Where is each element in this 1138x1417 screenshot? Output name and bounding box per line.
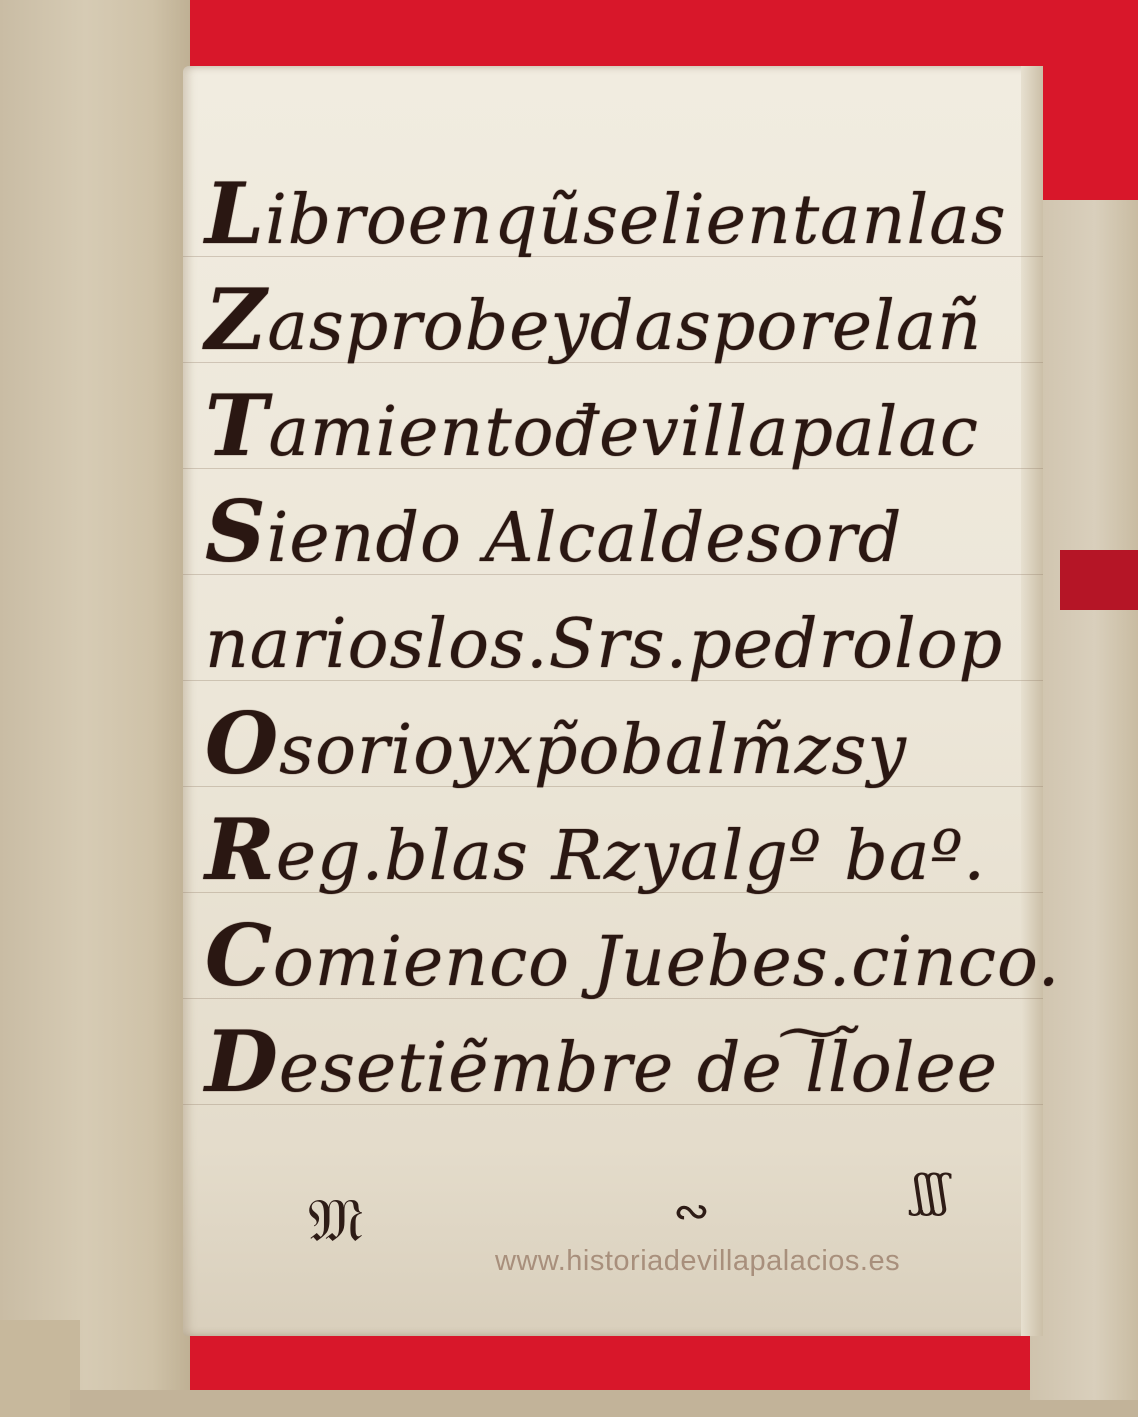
line-text: omienco Juebes.cinco. xyxy=(273,923,1061,1002)
manuscript-line: Tamientođevillapalac xyxy=(205,373,1025,479)
initial-capital: D xyxy=(205,1012,279,1111)
line-text: iendo Alcaldesord xyxy=(267,499,903,578)
initial-capital: T xyxy=(205,376,269,475)
manuscript-page: Libroenqũselientanlas Zasprobeydasporela… xyxy=(183,66,1043,1336)
left-page-verso xyxy=(0,0,190,1417)
initial-capital: C xyxy=(205,906,273,1005)
manuscript-line: Zasprobeydasporelañ xyxy=(205,267,1025,373)
rubric-flourish-icon: ∾ xyxy=(673,1186,710,1237)
torn-hole xyxy=(1060,550,1138,610)
rubric-flourish-icon: 𝔐 xyxy=(308,1186,363,1256)
line-text: narioslos.Srs.pedrolop xyxy=(205,605,1003,684)
watermark-text: www.historiadevillapalacios.es xyxy=(495,1245,900,1278)
manuscript-line: Siendo Alcaldesord xyxy=(205,479,1025,585)
line-text: eg.blas Rzyalgº baº. xyxy=(276,817,986,896)
initial-capital: Z xyxy=(205,270,267,369)
manuscript-line: Reg.blas Rzyalgº baº. xyxy=(205,797,1025,903)
line-text: esetiẽmbre de ͠ll̃olee xyxy=(279,1029,998,1108)
initial-capital: R xyxy=(205,800,276,899)
line-text: asprobeydasporelañ xyxy=(267,287,982,366)
rubric-flourish-icon: ʃʃʃ xyxy=(913,1166,949,1217)
initial-capital: S xyxy=(205,482,267,581)
initial-capital: L xyxy=(205,164,265,263)
initial-capital: O xyxy=(205,694,279,793)
left-page-edge xyxy=(0,1320,80,1417)
manuscript-line: Libroenqũselientanlas xyxy=(205,161,1025,267)
manuscript-line: narioslos.Srs.pedrolop xyxy=(205,585,1025,691)
manuscript-text: Libroenqũselientanlas Zasprobeydasporela… xyxy=(205,161,1025,1115)
line-text: ibroenqũselientanlas xyxy=(265,181,1007,260)
line-text: sorioyxp̃obalm̃zsy xyxy=(279,711,907,790)
manuscript-line: Osorioyxp̃obalm̃zsy xyxy=(205,691,1025,797)
line-text: amientođevillapalac xyxy=(269,393,980,472)
book-cover-bottom xyxy=(70,1390,1138,1417)
manuscript-line: Desetiẽmbre de ͠ll̃olee xyxy=(205,1009,1025,1115)
torn-page-fragments xyxy=(1030,200,1138,1400)
manuscript-line: Comienco Juebes.cinco. xyxy=(205,903,1025,1009)
